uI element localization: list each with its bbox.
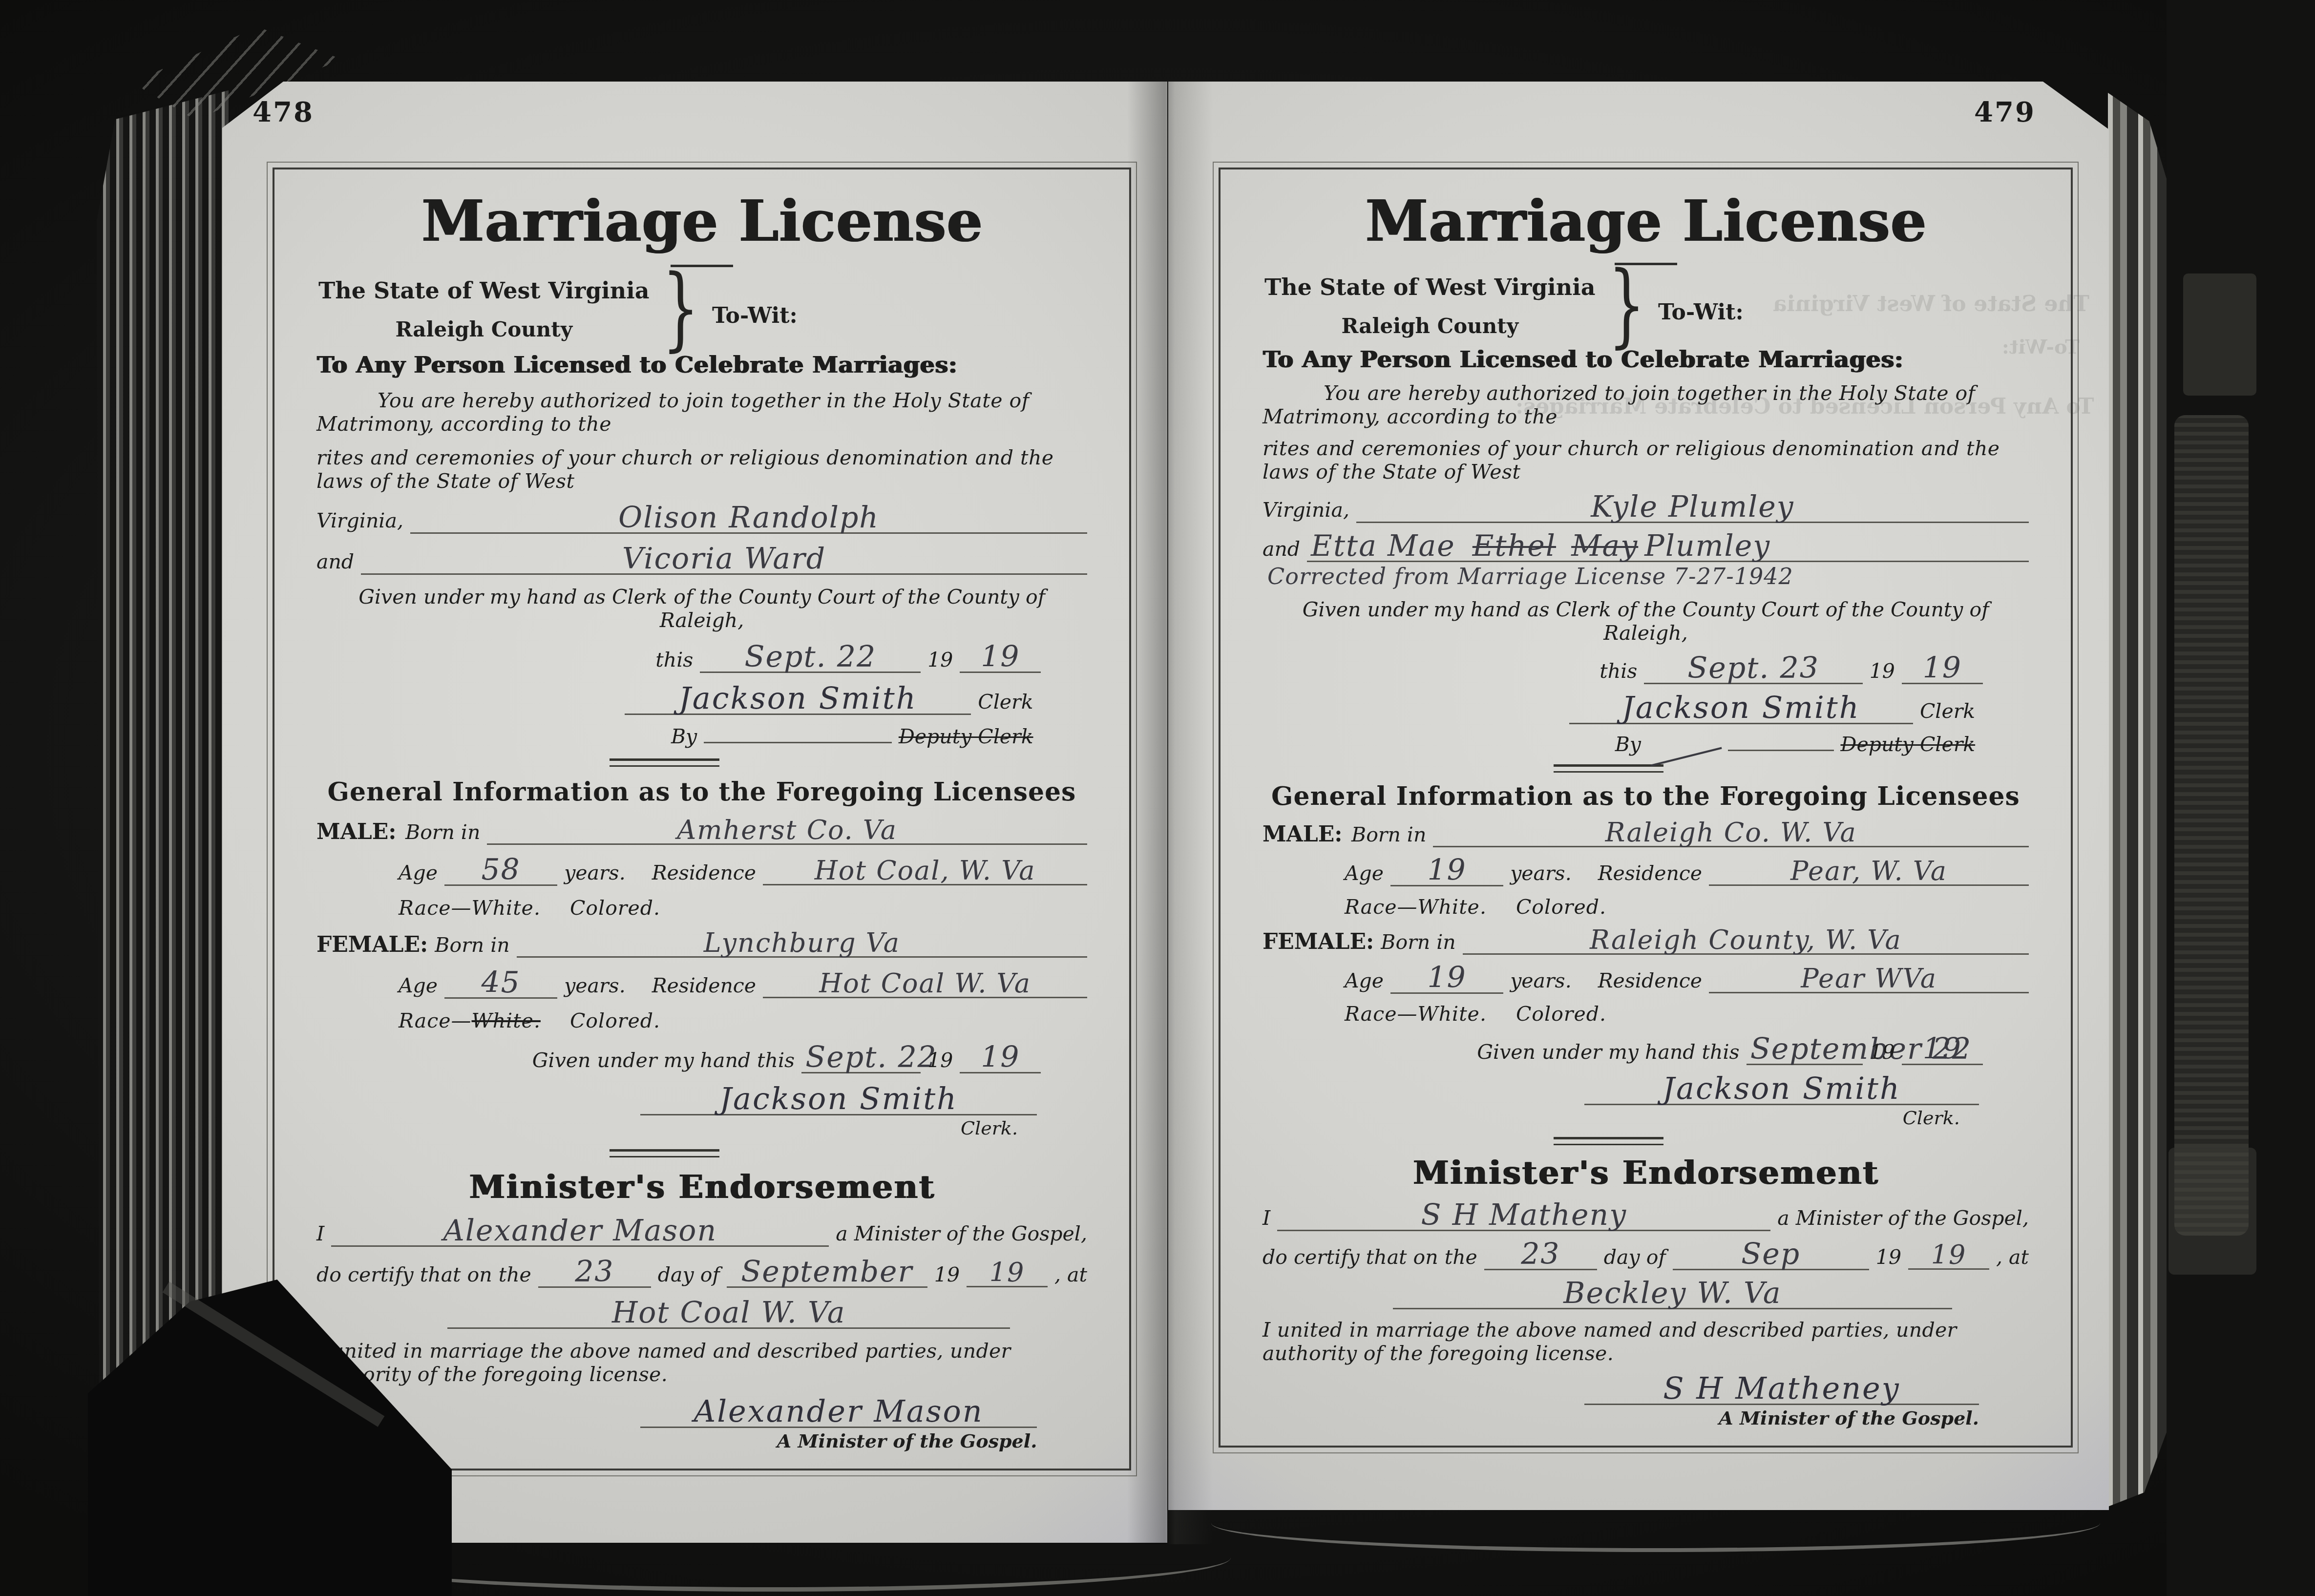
bride-row: and Etta Mae Ethel May Plumley	[1263, 531, 2029, 562]
minister-signature: Alexander Mason	[694, 1393, 983, 1429]
deputy-blank-line	[704, 742, 892, 743]
bride-name-line: Vicoria Ward	[361, 544, 1087, 575]
form-title: Marriage License	[316, 188, 1087, 254]
day-of-label: day of	[658, 1263, 720, 1286]
female-label: FEMALE:	[1263, 929, 1374, 954]
race-prefix: Race—	[1345, 895, 1417, 919]
year-printed: 19	[927, 648, 953, 672]
male-age: 58	[481, 853, 520, 887]
virginia-label: Virginia,	[1263, 498, 1349, 522]
certify-day-line: 23	[1484, 1239, 1597, 1270]
cover-patch	[2183, 273, 2256, 396]
minister-signature-row: Alexander Mason	[640, 1396, 1037, 1428]
clerk-signature2-block: Jackson Smith Clerk.	[1263, 1073, 2029, 1129]
and-label: and	[1263, 537, 1300, 561]
minister-signature-line: S H Matheney	[1584, 1373, 1979, 1405]
hand-date-row: Given under my hand this September 22 19…	[1477, 1034, 1983, 1065]
minister-signature: S H Matheney	[1663, 1370, 1900, 1406]
bride-name-added: Etta Mae	[1311, 529, 1455, 563]
section-divider	[610, 1149, 719, 1157]
united-line: I united in marriage the above named and…	[316, 1339, 1087, 1386]
male-residence: Hot Coal, W. Va	[815, 855, 1036, 886]
groom-name-line: Kyle Plumley	[1356, 492, 2029, 523]
residence-label: Residence	[652, 974, 756, 997]
ministers-endorsement-title: Minister's Endorsement	[316, 1168, 1087, 1206]
female-race-row: Race—White. Colored.	[399, 1009, 1087, 1032]
and-label: and	[316, 550, 354, 573]
certify-place-line: Beckley W. Va	[1393, 1279, 1952, 1309]
day-of-label: day of	[1604, 1245, 1666, 1269]
age-label: Age	[399, 861, 438, 884]
by-label: By	[1615, 733, 1641, 756]
state-name: The State of West Virginia	[1264, 274, 1596, 300]
male-residence-line: Hot Coal, W. Va	[763, 858, 1087, 885]
male-race-row: Race—White. Colored.	[1345, 895, 2029, 919]
license-year: 19	[981, 640, 1020, 674]
deputy-clerk-label: Deputy Clerk	[1841, 733, 1976, 756]
license-form-right: Marriage License The State of West Virgi…	[1219, 168, 2073, 1448]
minister-name-row: I S H Matheny a Minister of the Gospel,	[1263, 1200, 2029, 1231]
age-label: Age	[1345, 969, 1384, 992]
hand-date-line: Sept. 22	[801, 1043, 921, 1073]
age-label: Age	[1345, 861, 1384, 885]
given-clerk-line: Given under my hand as Clerk of the Coun…	[316, 585, 1087, 632]
certify-place: Hot Coal W. Va	[612, 1296, 846, 1330]
groom-name: Olison Randolph	[618, 501, 879, 535]
i-label: I	[316, 1222, 324, 1245]
male-age-row: Age 58 years. Residence Hot Coal, W. Va	[399, 855, 1087, 886]
bride-name-line: Etta Mae Ethel May Plumley	[1307, 531, 2029, 562]
race-white: White.	[471, 896, 540, 920]
female-residence: Pear WVa	[1801, 963, 1937, 994]
to-wit-label: To-Wit:	[712, 303, 798, 328]
this-label: this	[655, 648, 693, 672]
female-residence-line: Hot Coal W. Va	[763, 970, 1087, 998]
certify-place-row: Beckley W. Va	[1393, 1279, 1952, 1309]
male-born-line: Amherst Co. Va	[487, 817, 1087, 845]
page-number: 478	[253, 96, 314, 128]
license-form-left: Marriage License The State of West Virgi…	[273, 168, 1131, 1470]
female-born-line: Lynchburg Va	[517, 930, 1087, 958]
clerk-signature2: Jackson Smith	[719, 1081, 958, 1116]
cover-patch	[2168, 1148, 2256, 1275]
clerk-signature2-line: Jackson Smith	[640, 1084, 1037, 1115]
certify-year-line: 19	[967, 1260, 1048, 1287]
clerk-signature: Jackson Smith	[1622, 690, 1860, 725]
male-birthplace: Raleigh Co. W. Va	[1605, 817, 1857, 848]
race-prefix: Race—	[399, 1009, 471, 1032]
age-label: Age	[399, 974, 438, 997]
correction-note: Corrected from Marriage License 7-27-194…	[1267, 563, 2029, 589]
general-info-title: General Information as to the Foregoing …	[316, 777, 1087, 807]
female-born-row: FEMALE: Born in Raleigh County, W. Va	[1263, 927, 2029, 955]
race-colored: Colored.	[570, 1009, 660, 1032]
pen-stroke	[1650, 747, 1722, 767]
to-wit-label: To-Wit:	[1658, 300, 1744, 325]
male-residence: Pear, W. Va	[1790, 856, 1947, 886]
minister-name-line: S H Matheny	[1277, 1200, 1770, 1231]
born-in-label: Born in	[435, 933, 509, 957]
license-year: 19	[1923, 651, 1962, 685]
cover-texture	[2174, 415, 2249, 1236]
certify-month-line: Sep	[1673, 1239, 1869, 1270]
license-date-row: this Sept. 22 19 19	[655, 642, 1041, 673]
deputy-row: By Deputy Clerk	[671, 725, 1033, 748]
minister-name: Alexander Mason	[443, 1214, 717, 1248]
years-label: years.	[564, 861, 626, 884]
race-white: White.	[1417, 1002, 1486, 1026]
female-residence-line: Pear WVa	[1709, 966, 2029, 993]
clerk-signature2-row: Jackson Smith	[640, 1084, 1037, 1115]
female-age-row: Age 19 years. Residence Pear WVa	[1345, 963, 2029, 994]
groom-row: Virginia, Olison Randolph	[316, 503, 1087, 534]
male-born-row: MALE: Born in Amherst Co. Va	[316, 817, 1087, 845]
female-birthplace: Raleigh County, W. Va	[1590, 924, 1901, 955]
license-date: Sept. 22	[744, 640, 876, 674]
years-label: years.	[1510, 969, 1572, 992]
certify-month: September	[741, 1255, 913, 1289]
race-prefix: Race—	[399, 896, 471, 920]
at-label: , at	[1996, 1245, 2029, 1269]
male-age-row: Age 19 years. Residence Pear, W. Va	[1345, 856, 2029, 886]
certify-label: do certify that on the	[1263, 1245, 1477, 1269]
male-age-line: 58	[444, 855, 557, 886]
license-date: Sept. 23	[1687, 651, 1819, 685]
section-divider	[610, 758, 719, 767]
minister-of-gospel-label: a Minister of the Gospel,	[1777, 1206, 2029, 1230]
given-clerk-line: Given under my hand as Clerk of the Coun…	[1263, 598, 2029, 645]
hand-date: Sept. 22	[805, 1040, 937, 1074]
clerk-signature2-row: Jackson Smith	[1584, 1073, 1979, 1105]
certify-label: do certify that on the	[316, 1263, 531, 1286]
by-label: By	[671, 725, 697, 748]
hand-date-line: September 22	[1747, 1034, 1863, 1065]
race-prefix: Race—	[1345, 1002, 1417, 1026]
year-printed: 19	[934, 1263, 960, 1286]
bride-name: Vicoria Ward	[622, 542, 826, 576]
male-label: MALE:	[1263, 822, 1345, 847]
form-title: Marriage License	[1263, 188, 2029, 254]
residence-label: Residence	[652, 861, 756, 884]
female-age-line: 19	[1390, 963, 1503, 994]
authorization-line-1: You are hereby authorized to join togeth…	[316, 389, 1087, 436]
certify-row: do certify that on the 23 day of Septemb…	[316, 1257, 1087, 1288]
this-label: this	[1599, 659, 1637, 683]
given-hand-label: Given under my hand this	[532, 1049, 795, 1072]
year-printed: 19	[1870, 659, 1895, 683]
license-year-line: 19	[960, 642, 1041, 673]
years-label: years.	[564, 974, 626, 997]
year-printed: 19	[927, 1049, 953, 1072]
certify-day: 23	[1521, 1237, 1560, 1271]
certify-year: 19	[989, 1257, 1025, 1288]
clerk-signature2-line: Jackson Smith	[1584, 1073, 1979, 1105]
clerk-label: Clerk	[1920, 699, 1975, 723]
born-in-label: Born in	[1351, 823, 1426, 846]
right-page: 479 The State of West Virginia To-Wit: T…	[1168, 82, 2109, 1510]
salutation: To Any Person Licensed to Celebrate Marr…	[316, 352, 1087, 378]
salutation: To Any Person Licensed to Celebrate Marr…	[1263, 346, 2029, 373]
page-number: 479	[1974, 96, 2036, 128]
bride-surname: Plumley	[1644, 529, 1770, 563]
state-block: The State of West Virginia Raleigh Count…	[1264, 274, 2029, 338]
female-birthplace: Lynchburg Va	[704, 927, 900, 958]
certify-day-line: 23	[538, 1257, 651, 1288]
race-colored: Colored.	[1516, 895, 1606, 919]
license-year-line: 19	[1902, 653, 1983, 684]
certify-month: Sep	[1741, 1237, 1800, 1271]
certify-row: do certify that on the 23 day of Sep 19 …	[1263, 1239, 2029, 1270]
male-birthplace: Amherst Co. Va	[677, 815, 897, 845]
state-block: The State of West Virginia Raleigh Count…	[318, 277, 1087, 341]
male-born-row: MALE: Born in Raleigh Co. W. Va	[1263, 819, 2029, 847]
groom-row: Virginia, Kyle Plumley	[1263, 492, 2029, 523]
hand-year: 19	[1923, 1032, 1962, 1066]
clerk-signature2: Jackson Smith	[1663, 1071, 1901, 1106]
minister-of-gospel-label: a Minister of the Gospel,	[836, 1222, 1087, 1245]
female-age-row: Age 45 years. Residence Hot Coal W. Va	[399, 968, 1087, 999]
hand-year-line: 19	[960, 1043, 1041, 1073]
race-colored: Colored.	[1516, 1002, 1606, 1026]
certify-place: Beckley W. Va	[1563, 1276, 1781, 1310]
clerk-signature: Jackson Smith	[679, 680, 917, 716]
state-name: The State of West Virginia	[318, 277, 650, 304]
minister-name-row: I Alexander Mason a Minister of the Gosp…	[316, 1216, 1087, 1247]
authorization-line-2: rites and ceremonies of your church or r…	[316, 446, 1087, 493]
clerk-label: Clerk	[978, 690, 1033, 714]
scanned-marriage-register-photo: { "left": { "page_number": "478", "title…	[0, 0, 2315, 1596]
minister-signature-block: S H Matheney A Minister of the Gospel.	[1263, 1373, 2029, 1429]
county-name: Raleigh County	[318, 317, 650, 341]
county-name: Raleigh County	[1264, 314, 1596, 338]
certify-year: 19	[1931, 1239, 1967, 1270]
female-born-line: Raleigh County, W. Va	[1463, 927, 2029, 955]
given-hand-label: Given under my hand this	[1477, 1040, 1739, 1064]
hand-year-line: 19	[1902, 1034, 1983, 1065]
residence-label: Residence	[1598, 969, 1702, 992]
male-born-line: Raleigh Co. W. Va	[1433, 819, 2029, 847]
born-in-label: Born in	[1381, 930, 1455, 954]
minister-signature-line: Alexander Mason	[640, 1396, 1037, 1428]
clerk-label2: Clerk.	[1263, 1107, 1960, 1129]
license-date-row: this Sept. 23 19 19	[1599, 653, 1983, 684]
male-residence-line: Pear, W. Va	[1709, 858, 2029, 886]
hand-year: 19	[981, 1040, 1020, 1074]
deputy-clerk-label: Deputy Clerk	[899, 725, 1033, 748]
certify-place-row: Hot Coal W. Va	[447, 1298, 1010, 1329]
race-white-struck: White.	[471, 1009, 540, 1032]
license-date-line: Sept. 23	[1644, 653, 1862, 684]
virginia-label: Virginia,	[316, 509, 403, 532]
at-label: , at	[1054, 1263, 1087, 1286]
certify-year-line: 19	[1908, 1242, 1989, 1270]
clerk-signature-row: Jackson Smith Clerk	[1569, 693, 1976, 724]
clerk-signature-line: Jackson Smith	[625, 683, 971, 715]
minister-signature-block: Alexander Mason A Minister of the Gospel…	[316, 1396, 1087, 1452]
year-printed: 19	[1870, 1040, 1895, 1064]
clerk-signature2-block: Jackson Smith Clerk.	[316, 1084, 1087, 1139]
year-printed: 19	[1876, 1245, 1901, 1269]
female-age: 19	[1427, 961, 1466, 995]
section-divider	[1554, 764, 1663, 773]
female-residence: Hot Coal W. Va	[819, 968, 1031, 999]
hand-date-row: Given under my hand this Sept. 22 19 19	[532, 1043, 1041, 1073]
male-race-row: Race—White. Colored.	[399, 896, 1087, 920]
brace-glyph: }	[1608, 270, 1645, 342]
born-in-label: Born in	[405, 820, 480, 844]
clerk-signature-row: Jackson Smith Clerk	[625, 683, 1033, 715]
left-page: 478 Marriage License The State of West V…	[222, 82, 1167, 1543]
clerk-label2: Clerk.	[316, 1117, 1018, 1139]
bride-name-struck: May	[1571, 529, 1638, 563]
certify-place-line: Hot Coal W. Va	[447, 1298, 1010, 1329]
female-race-row: Race—White. Colored.	[1345, 1002, 2029, 1026]
certify-day: 23	[575, 1255, 614, 1289]
years-label: years.	[1510, 861, 1572, 885]
license-date-line: Sept. 22	[700, 642, 921, 673]
clerk-signature-line: Jackson Smith	[1569, 693, 1913, 724]
bride-block: and Etta Mae Ethel May Plumley Corrected…	[1263, 531, 2029, 589]
united-line: I united in marriage the above named and…	[1263, 1318, 2029, 1365]
female-age: 45	[481, 966, 520, 1000]
certify-month-line: September	[727, 1257, 927, 1288]
authorization-line-2: rites and ceremonies of your church or r…	[1263, 437, 2029, 483]
minister-sig-label: A Minister of the Gospel.	[1263, 1407, 1979, 1429]
race-white: White.	[1417, 895, 1486, 919]
minister-name-line: Alexander Mason	[331, 1216, 829, 1247]
brace-glyph: }	[662, 273, 699, 346]
right-page-edge-stack	[2108, 93, 2170, 1507]
male-age: 19	[1427, 853, 1466, 887]
bride-row: and Vicoria Ward	[316, 544, 1087, 575]
section-divider	[1554, 1137, 1663, 1145]
minister-name: S H Matheny	[1421, 1198, 1627, 1232]
i-label: I	[1263, 1206, 1270, 1230]
residence-label: Residence	[1598, 861, 1702, 885]
deputy-row: By Deputy Clerk	[1615, 733, 1975, 756]
bride-name-struck: Ethel	[1473, 529, 1556, 563]
minister-signature-row: S H Matheney	[1584, 1373, 1979, 1405]
ministers-endorsement-title: Minister's Endorsement	[1263, 1154, 2029, 1192]
authorization-line-1: You are hereby authorized to join togeth…	[1263, 381, 2029, 428]
male-label: MALE:	[316, 819, 399, 844]
male-age-line: 19	[1390, 856, 1503, 886]
deputy-blank-line	[1728, 750, 1833, 751]
female-born-row: FEMALE: Born in Lynchburg Va	[316, 930, 1087, 958]
groom-name: Kyle Plumley	[1591, 490, 1794, 524]
groom-name-line: Olison Randolph	[410, 503, 1087, 534]
female-age-line: 45	[444, 968, 557, 999]
female-label: FEMALE:	[316, 932, 428, 957]
race-colored: Colored.	[570, 896, 660, 920]
general-info-title: General Information as to the Foregoing …	[1263, 781, 2029, 811]
